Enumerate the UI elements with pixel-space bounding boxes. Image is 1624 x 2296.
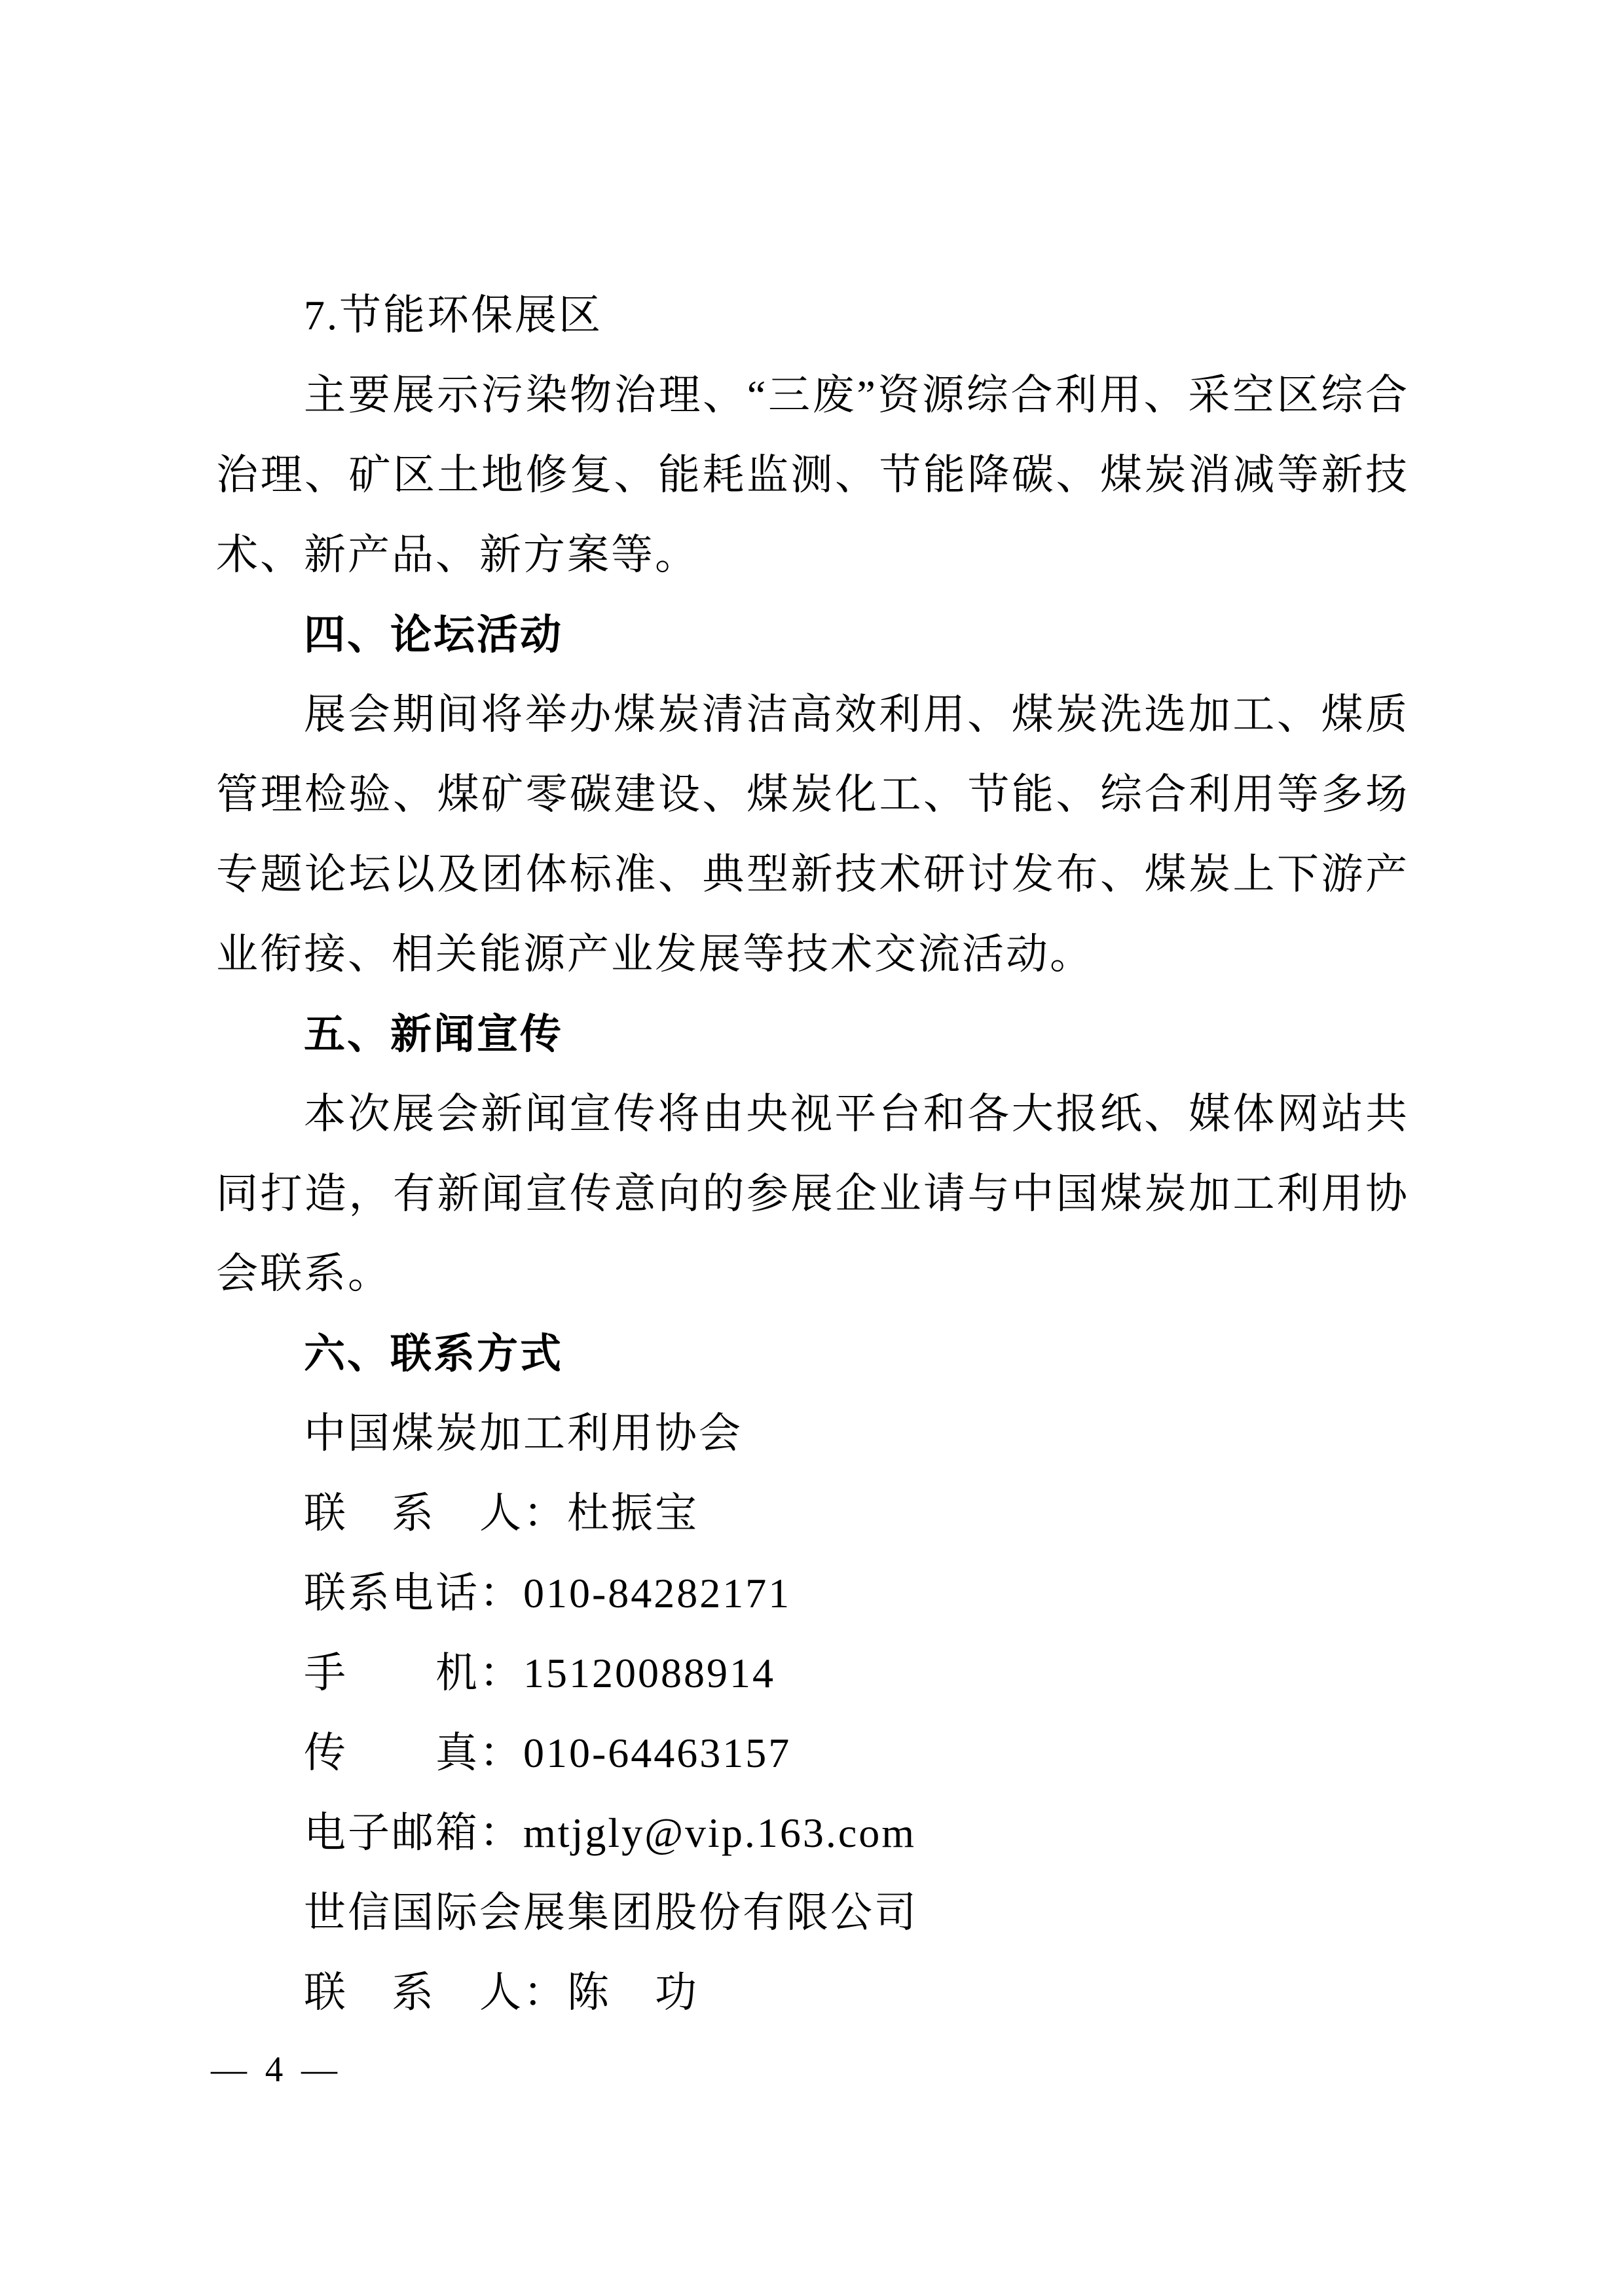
paragraph-news-publicity: 本次展会新闻宣传将由央视平台和各大报纸、媒体网站共同打造，有新闻宣传意向的参展企… <box>216 1074 1409 1314</box>
subsection-title-zone7: 7.节能环保展区 <box>216 276 1409 355</box>
section-heading-contact: 六、联系方式 <box>216 1314 1409 1394</box>
document-body: 7.节能环保展区 主要展示污染物治理、“三废”资源综合利用、采空区综合治理、矿区… <box>216 276 1409 2033</box>
paragraph-zone7-description: 主要展示污染物治理、“三废”资源综合利用、采空区综合治理、矿区土地修复、能耗监测… <box>216 355 1409 595</box>
contact-org1-phone: 联系电话：010-84282171 <box>216 1554 1409 1633</box>
contact-org2-person: 联 系 人：陈 功 <box>216 1953 1409 2033</box>
contact-org1-email: 电子邮箱：mtjgly@vip.163.com <box>216 1793 1409 1873</box>
contact-org1-fax: 传 真：010-64463157 <box>216 1713 1409 1793</box>
contact-org2-name: 世信国际会展集团股份有限公司 <box>216 1873 1409 1953</box>
contact-org1-name: 中国煤炭加工利用协会 <box>216 1394 1409 1474</box>
contact-org1-mobile: 手 机：15120088914 <box>216 1633 1409 1713</box>
page-number: — 4 — <box>211 2051 339 2087</box>
section-heading-news: 五、新闻宣传 <box>216 994 1409 1074</box>
contact-org1-person: 联 系 人：杜振宝 <box>216 1474 1409 1554</box>
section-heading-forum: 四、论坛活动 <box>216 595 1409 675</box>
document-page: 7.节能环保展区 主要展示污染物治理、“三废”资源综合利用、采空区综合治理、矿区… <box>0 0 1624 2296</box>
paragraph-forum-activities: 展会期间将举办煤炭清洁高效利用、煤炭洗选加工、煤质管理检验、煤矿零碳建设、煤炭化… <box>216 675 1409 994</box>
